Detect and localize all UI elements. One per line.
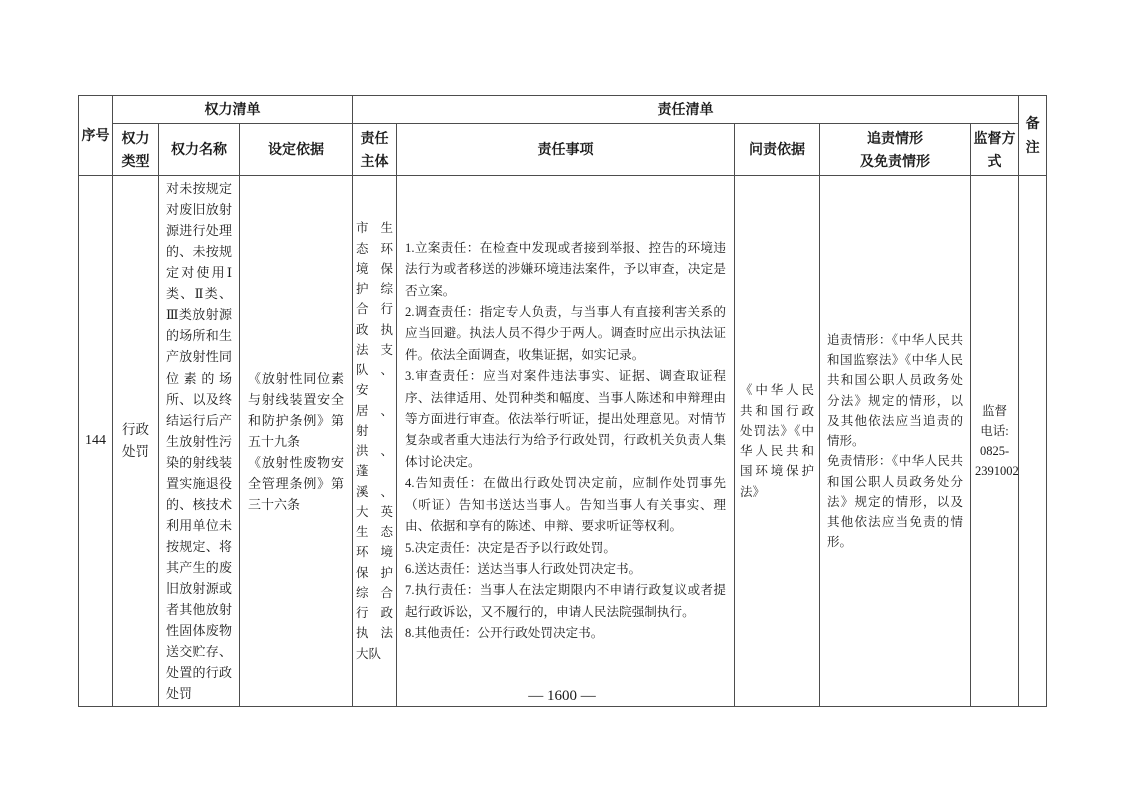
duty-item: 2.调查责任：指定专人负责，与当事人有直接利害关系的应当回避。执法人员不得少于两… xyxy=(405,302,726,366)
cell-serial-number: 144 xyxy=(79,176,113,707)
duty-item: 4.告知责任：在做出行政处罚决定前，应制作处罚事先（听证）告知书送达当事人。告知… xyxy=(405,473,726,537)
table-row: 144 行政处罚 对未按规定对废旧放射源进行处理的、未按规定对使用Ⅰ类、Ⅱ类、Ⅲ… xyxy=(79,176,1047,707)
cell-liability-exemption: 追责情形：《中华人民共和国监察法》《中华人民共和国公职人员政务处分法》规定的情形… xyxy=(820,176,971,707)
cell-accountability-basis: 《中华人民共和国行政处罚法》《中华人民共和国环境保护法》 xyxy=(735,176,820,707)
document-page: 序号 权力清单 责任清单 备注 权力类型 权力名称 设定依据 责任主体 责任事项… xyxy=(0,0,1122,793)
cell-supervision-phone: 监督 电话: 0825- 2391002 xyxy=(971,176,1019,707)
duty-item: 8.其他责任：公开行政处罚决定书。 xyxy=(405,623,726,644)
duty-item: 6.送达责任：送达当事人行政处罚决定书。 xyxy=(405,559,726,580)
duty-item: 7.执行责任：当事人在法定期限内不申请行政复议或者提起行政诉讼，又不履行的，申请… xyxy=(405,580,726,623)
cell-legal-basis: 《放射性同位素与射线装置安全和防护条例》第五十九条 《放射性废物安全管理条例》第… xyxy=(240,176,353,707)
cell-responsible-body: 市生态环境保护综合行政执法支队、安居、射洪、蓬溪、大英生态环境保护综合行政执法大… xyxy=(353,176,397,707)
legal-basis-item: 《放射性废物安全管理条例》第三十六条 xyxy=(248,452,344,515)
header-sheding-yiju: 设定依据 xyxy=(240,124,353,176)
duty-item: 5.决定责任：决定是否予以行政处罚。 xyxy=(405,538,726,559)
cell-power-name: 对未按规定对废旧放射源进行处理的、未按规定对使用Ⅰ类、Ⅱ类、Ⅲ类放射源的场所和生… xyxy=(159,176,240,707)
cell-duty-items: 1.立案责任：在检查中发现或者接到举报、控告的环境违法行为或者移送的涉嫌环境违法… xyxy=(397,176,735,707)
header-zeren-shixiang: 责任事项 xyxy=(397,124,735,176)
header-quanli-leixing: 权力类型 xyxy=(113,124,159,176)
liability-item: 追责情形：《中华人民共和国监察法》《中华人民共和国公职人员政务处分法》规定的情形… xyxy=(827,330,963,452)
power-responsibility-table: 序号 权力清单 责任清单 备注 权力类型 权力名称 设定依据 责任主体 责任事项… xyxy=(78,95,1047,707)
header-zeren-zhuti: 责任主体 xyxy=(353,124,397,176)
header-zeren-qingdan: 责任清单 xyxy=(353,96,1019,124)
header-quanli-qingdan: 权力清单 xyxy=(113,96,353,124)
header-zhuize-qingxing: 追责情形 及免责情形 xyxy=(820,124,971,176)
header-quanli-mingcheng: 权力名称 xyxy=(159,124,240,176)
page-number: — 1600 — xyxy=(78,688,1046,705)
exemption-item: 免责情形：《中华人民共和国公职人员政务处分法》规定的情形，以及其他依法应当免责的… xyxy=(827,451,963,552)
header-jiandu-fangshi: 监督方式 xyxy=(971,124,1019,176)
legal-basis-item: 《放射性同位素与射线装置安全和防护条例》第五十九条 xyxy=(248,368,344,452)
duty-item: 1.立案责任：在检查中发现或者接到举报、控告的环境违法行为或者移送的涉嫌环境违法… xyxy=(405,238,726,302)
header-xuhao: 序号 xyxy=(79,96,113,176)
header-wenze-yiju: 问责依据 xyxy=(735,124,820,176)
duty-item: 3.审查责任：应当对案件违法事实、证据、调查取证程序、法律适用、处罚种类和幅度、… xyxy=(405,366,726,473)
cell-power-type: 行政处罚 xyxy=(113,176,159,707)
header-beizhu: 备注 xyxy=(1019,96,1047,176)
cell-remarks xyxy=(1019,176,1047,707)
